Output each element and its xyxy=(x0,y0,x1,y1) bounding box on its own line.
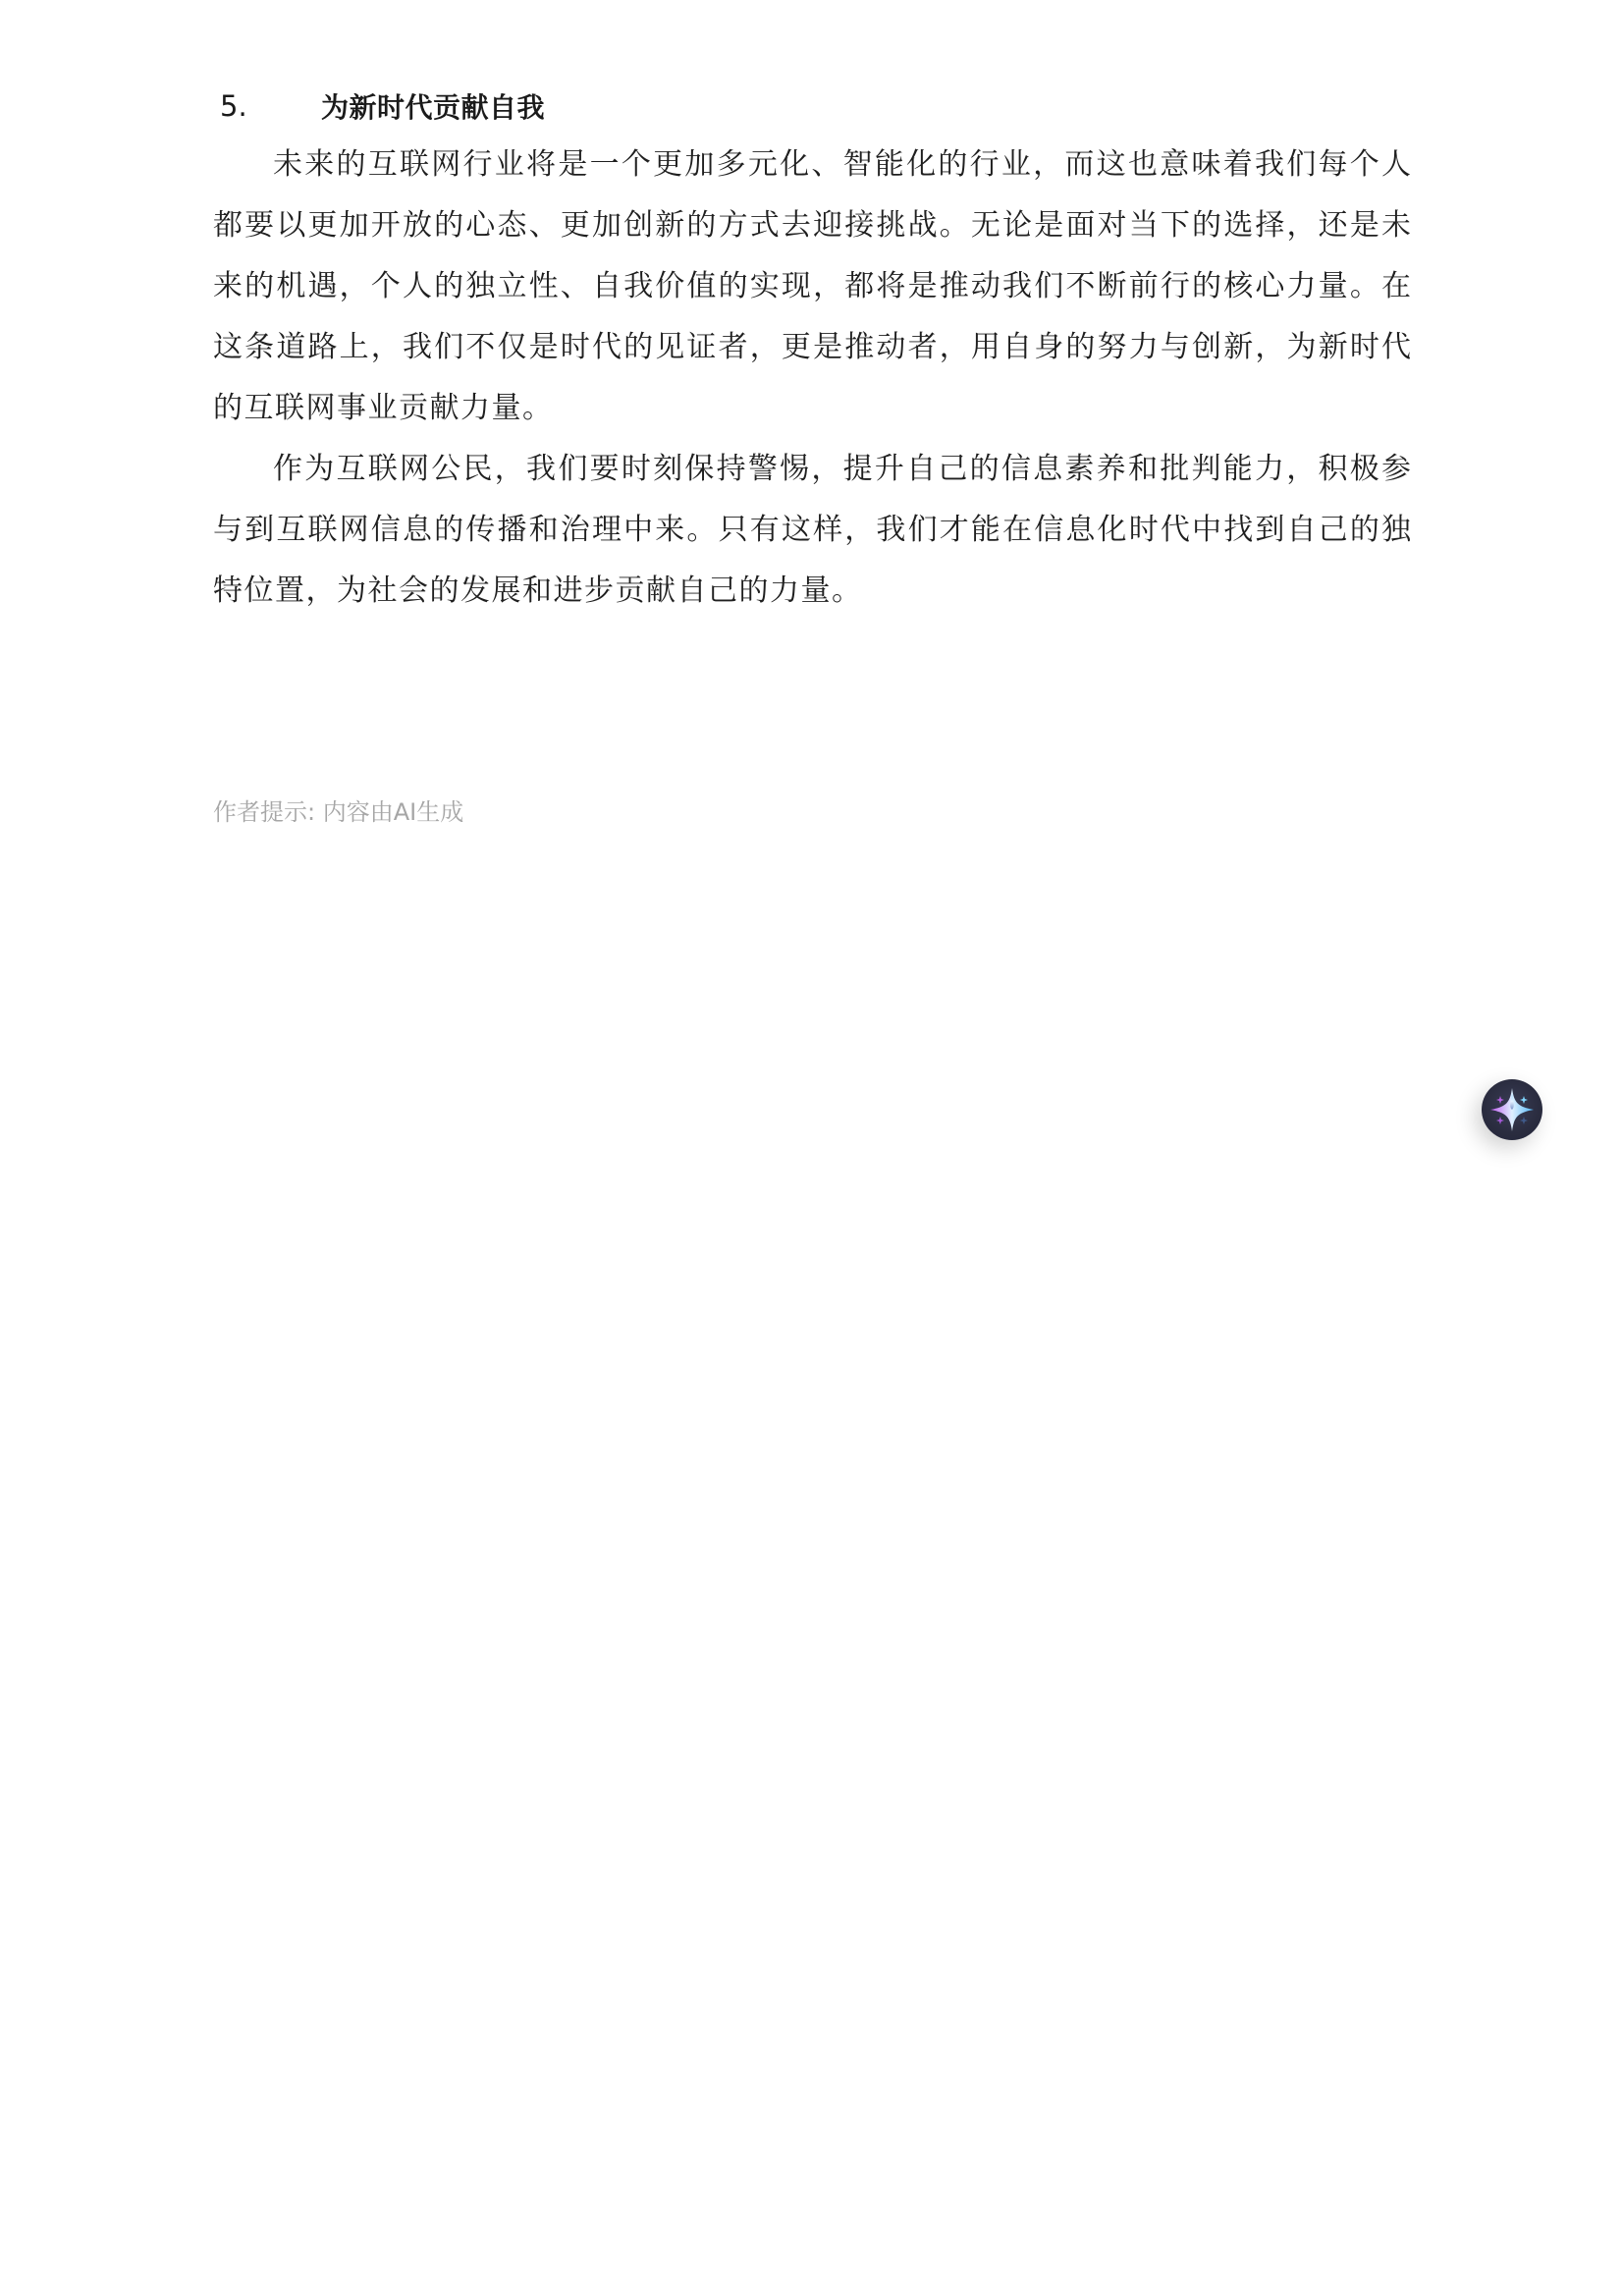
ai-assistant-button[interactable] xyxy=(1482,1079,1542,1140)
text-line: 特位置，为社会的发展和进步贡献自己的力量。 xyxy=(213,561,1411,622)
text-line: 与到互联网信息的传播和治理中来。只有这样，我们才能在信息化时代中找到自己的独 xyxy=(213,500,1411,561)
section-title: 为新时代贡献自我 xyxy=(321,86,545,126)
text-line: 这条道路上，我们不仅是时代的见证者，更是推动者，用自身的努力与创新，为新时代 xyxy=(213,317,1411,378)
sparkle-icon xyxy=(1482,1079,1542,1140)
section-number: 5. xyxy=(220,89,321,123)
body-text: 未来的互联网行业将是一个更加多元化、智能化的行业，而这也意味着我们每个人 都要以… xyxy=(213,135,1411,622)
text-line: 都要以更加开放的心态、更加创新的方式去迎接挑战。无论是面对当下的选择，还是未 xyxy=(213,195,1411,256)
text-line: 作为互联网公民，我们要时刻保持警惕，提升自己的信息素养和批判能力，积极参 xyxy=(213,439,1411,500)
document-page: 5. 为新时代贡献自我 未来的互联网行业将是一个更加多元化、智能化的行业，而这也… xyxy=(0,0,1622,2296)
text-line: 的互联网事业贡献力量。 xyxy=(213,378,1411,439)
author-note: 作者提示: 内容由AI生成 xyxy=(213,795,463,829)
text-line: 未来的互联网行业将是一个更加多元化、智能化的行业，而这也意味着我们每个人 xyxy=(213,135,1411,195)
paragraph-1: 未来的互联网行业将是一个更加多元化、智能化的行业，而这也意味着我们每个人 都要以… xyxy=(213,135,1411,439)
paragraph-2: 作为互联网公民，我们要时刻保持警惕，提升自己的信息素养和批判能力，积极参 与到互… xyxy=(213,439,1411,622)
section-heading: 5. 为新时代贡献自我 xyxy=(220,86,545,126)
text-line: 来的机遇，个人的独立性、自我价值的实现，都将是推动我们不断前行的核心力量。在 xyxy=(213,256,1411,317)
